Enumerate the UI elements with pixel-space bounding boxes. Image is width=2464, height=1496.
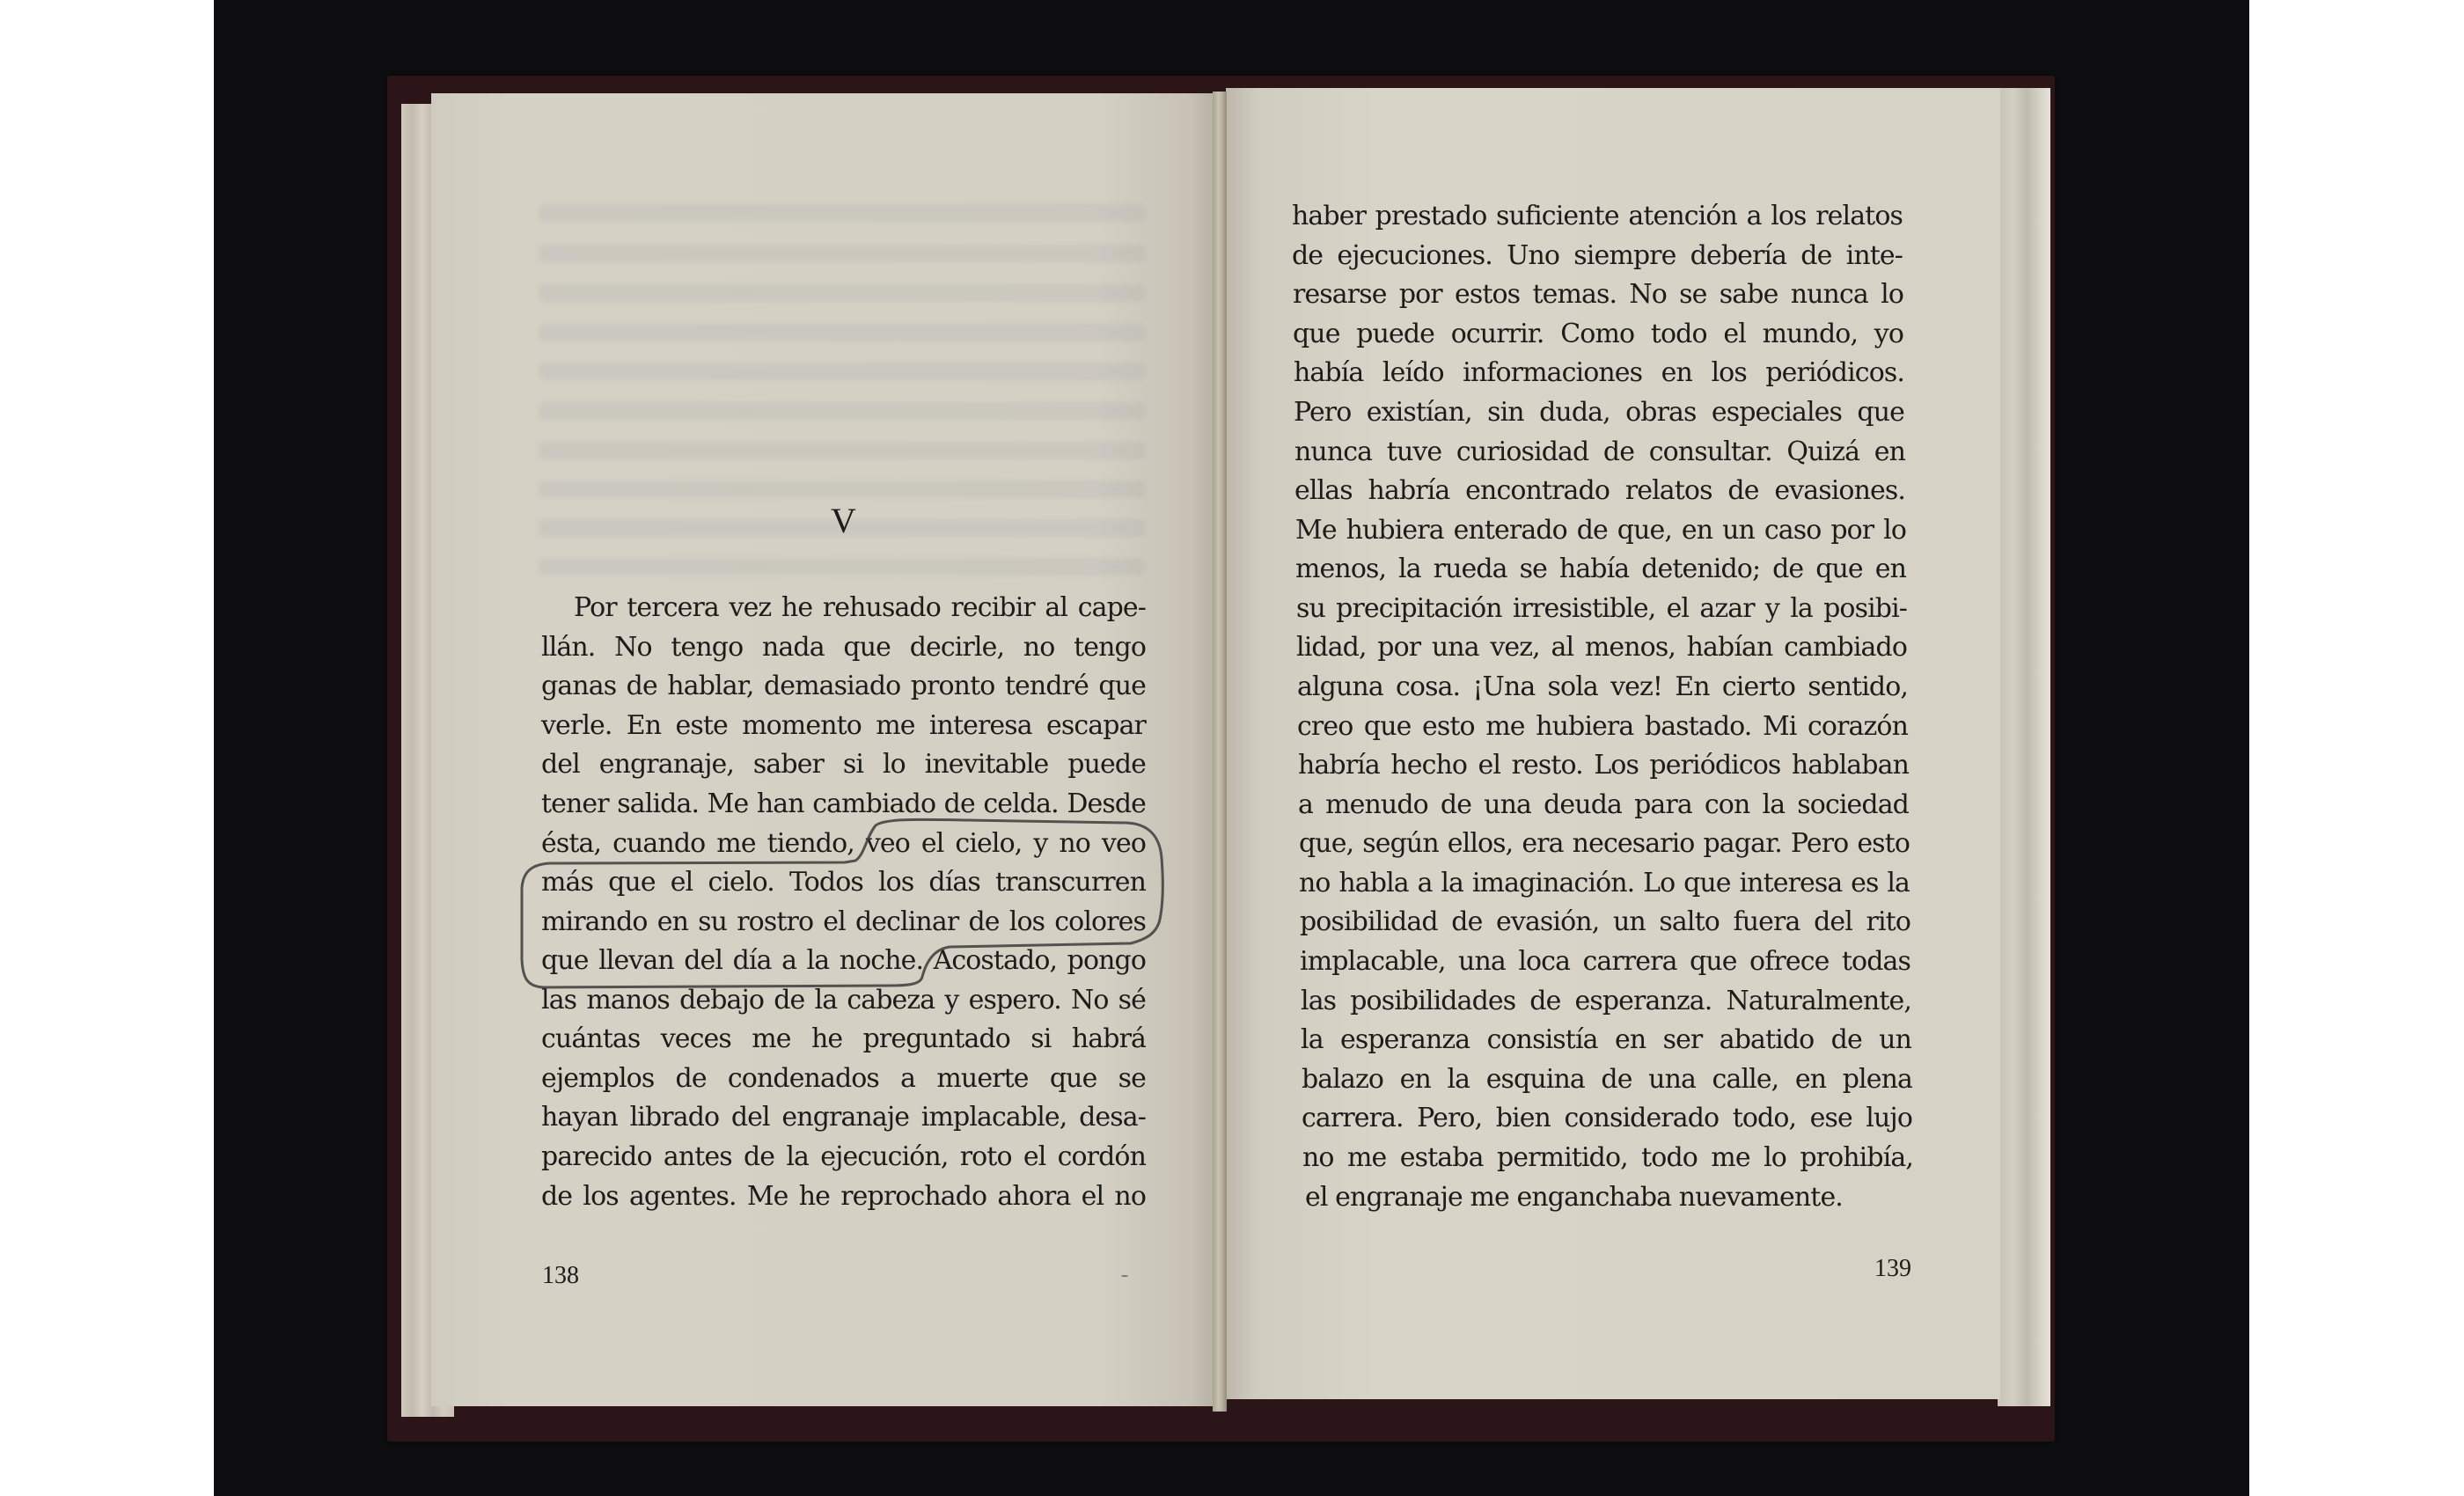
text-line: que, según ellos, era necesario pagar. P… xyxy=(1299,831,1910,857)
paper-speck xyxy=(1121,1275,1128,1277)
text-line-last: el engranaje me enganchaba nuevamente. xyxy=(1305,1184,1843,1211)
text-line: las manos debajo de la cabeza y espero. … xyxy=(541,987,1146,1014)
text-line: ellas habría encontrado relatos de evasi… xyxy=(1294,478,1905,504)
text-line: carrera. Pero, bien considerado todo, es… xyxy=(1302,1105,1912,1132)
text-line: hayan librado del engranaje implacable, … xyxy=(541,1104,1146,1131)
text-line: posibilidad de evasión, un salto fuera d… xyxy=(1300,909,1910,935)
text-line: ejemplos de condenados a muerte que se xyxy=(541,1066,1146,1092)
text-line: tener salida. Me han cambiado de celda. … xyxy=(541,791,1146,818)
text-line: la esperanza consistía en ser abatido de… xyxy=(1301,1027,1911,1053)
text-line: a menudo de una deuda para con la socied… xyxy=(1298,792,1909,818)
text-line: de ejecuciones. Uno siempre debería de i… xyxy=(1292,243,1903,269)
text-line: llán. No tengo nada que decirle, no teng… xyxy=(541,634,1146,661)
text-line: no me estaba permitido, todo me lo prohi… xyxy=(1302,1145,1913,1171)
text-line: habría hecho el resto. Los periódicos ha… xyxy=(1298,752,1909,779)
right-page-stack xyxy=(1998,88,2050,1406)
text-line: cuántas veces me he preguntado si habrá xyxy=(541,1026,1146,1052)
text-line: Me hubiera enterado de que, en un caso p… xyxy=(1295,517,1906,544)
text-line: parecido antes de la ejecución, roto el … xyxy=(541,1144,1146,1170)
text-line: no habla a la imaginación. Lo que intere… xyxy=(1299,870,1910,897)
text-line: las posibilidades de esperanza. Naturalm… xyxy=(1301,988,1911,1015)
text-line: Pero existían, sin duda, obras especiale… xyxy=(1294,400,1904,426)
page-number-left: 138 xyxy=(542,1264,579,1288)
text-line: que llevan del día a la noche. Acostado,… xyxy=(541,948,1146,974)
text-line: menos, la rueda se había detenido; de qu… xyxy=(1295,556,1906,583)
text-line: ganas de hablar, demasiado pronto tendré… xyxy=(541,673,1146,700)
text-line: mirando en su rostro el declinar de los … xyxy=(541,909,1146,935)
text-line: balazo en la esquina de una calle, en pl… xyxy=(1302,1067,1912,1093)
text-line: su precipitación irresistible, el azar y… xyxy=(1296,596,1907,622)
text-line: verle. En este momento me interesa escap… xyxy=(541,713,1146,739)
text-line: lidad, por una vez, al menos, habían cam… xyxy=(1296,634,1907,661)
text-line: nunca tuve curiosidad de consultar. Quiz… xyxy=(1294,439,1905,466)
text-line: alguna cosa. ¡Una sola vez! En cierto se… xyxy=(1297,674,1908,700)
text-line: implacable, una loca carrera que ofrece … xyxy=(1300,949,1910,975)
text-line: que puede ocurrir. Como todo el mundo, y… xyxy=(1293,321,1903,348)
text-line: ésta, cuando me tiendo, veo el cielo, y … xyxy=(541,831,1146,857)
text-line: del engranaje, saber si lo inevitable pu… xyxy=(541,752,1146,778)
chapter-heading: V xyxy=(831,503,856,539)
text-line: resarse por estos temas. No se sabe nunc… xyxy=(1293,282,1903,308)
book-gutter xyxy=(1213,92,1227,1412)
text-line: haber prestado suficiente atención a los… xyxy=(1292,203,1903,230)
text-line: creo que esto me hubiera bastado. Mi cor… xyxy=(1297,714,1908,740)
text-line: Por tercera vez he rehusado recibir al c… xyxy=(574,595,1146,621)
text-line: de los agentes. Me he reprochado ahora e… xyxy=(541,1184,1146,1210)
text-line: más que el cielo. Todos los días transcu… xyxy=(541,869,1146,896)
page-number-right: 139 xyxy=(1874,1257,1911,1281)
text-line: había leído informaciones en los periódi… xyxy=(1294,360,1904,386)
